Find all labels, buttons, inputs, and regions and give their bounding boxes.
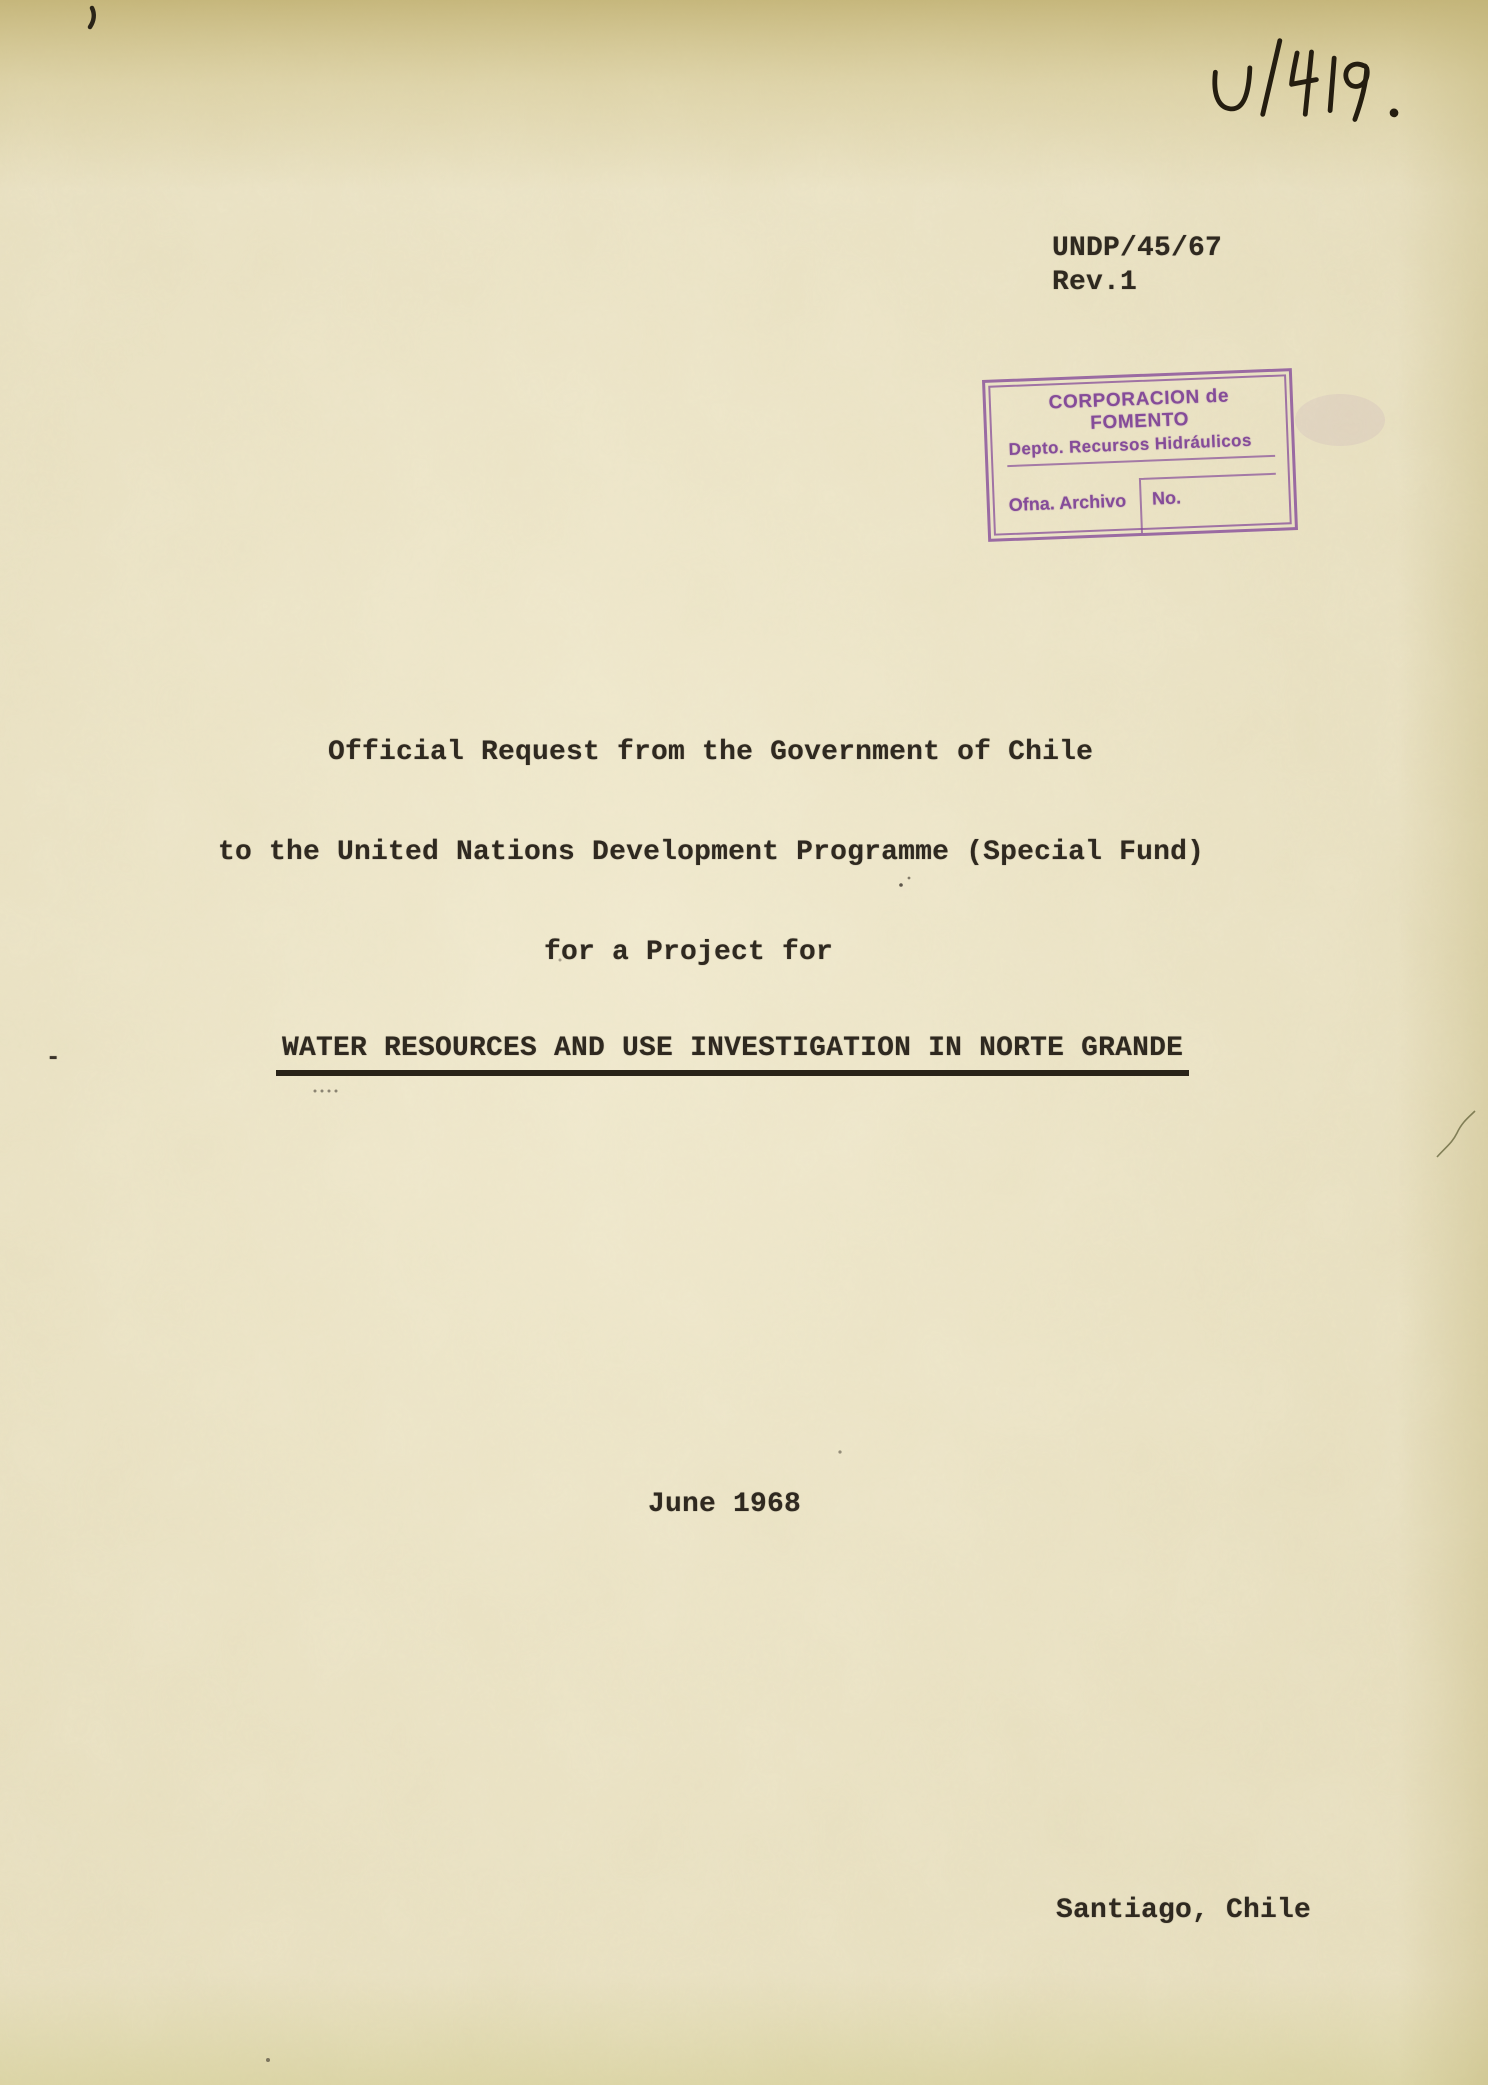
stamp-bottom-row: Ofna. Archivo No. [1008, 473, 1278, 538]
stamp-number-box: No. [1139, 473, 1278, 533]
revision-label: Rev.1 [1052, 268, 1137, 299]
handwritten-file-number [1199, 19, 1419, 152]
archive-stamp: CORPORACION de FOMENTO Depto. Recursos H… [982, 368, 1298, 542]
stamp-ink-smudge [1295, 394, 1385, 446]
request-line-2: to the United Nations Development Progra… [218, 838, 1204, 869]
place-line: Santiago, Chile [1056, 1896, 1311, 1927]
project-title-underlined: WATER RESOURCES AND USE INVESTIGATION IN… [276, 1034, 1189, 1076]
margin-dash: - [46, 1046, 61, 1072]
project-title: WATER RESOURCES AND USE INVESTIGATION IN… [282, 1034, 1189, 1076]
stamp-organization: CORPORACION de FOMENTO [1005, 384, 1274, 438]
archive-stamp-inner-border: CORPORACION de FOMENTO Depto. Recursos H… [988, 374, 1292, 535]
document-number: UNDP/45/67 [1052, 234, 1222, 265]
stamp-office-label: Ofna. Archivo [1008, 479, 1127, 538]
request-line-1: Official Request from the Government of … [328, 738, 1093, 769]
request-line-3: for a Project for [544, 938, 833, 969]
scanned-document-page: UNDP/45/67 Rev.1 CORPORACION de FOMENTO … [0, 0, 1488, 2085]
date-line: June 1968 [648, 1490, 801, 1521]
